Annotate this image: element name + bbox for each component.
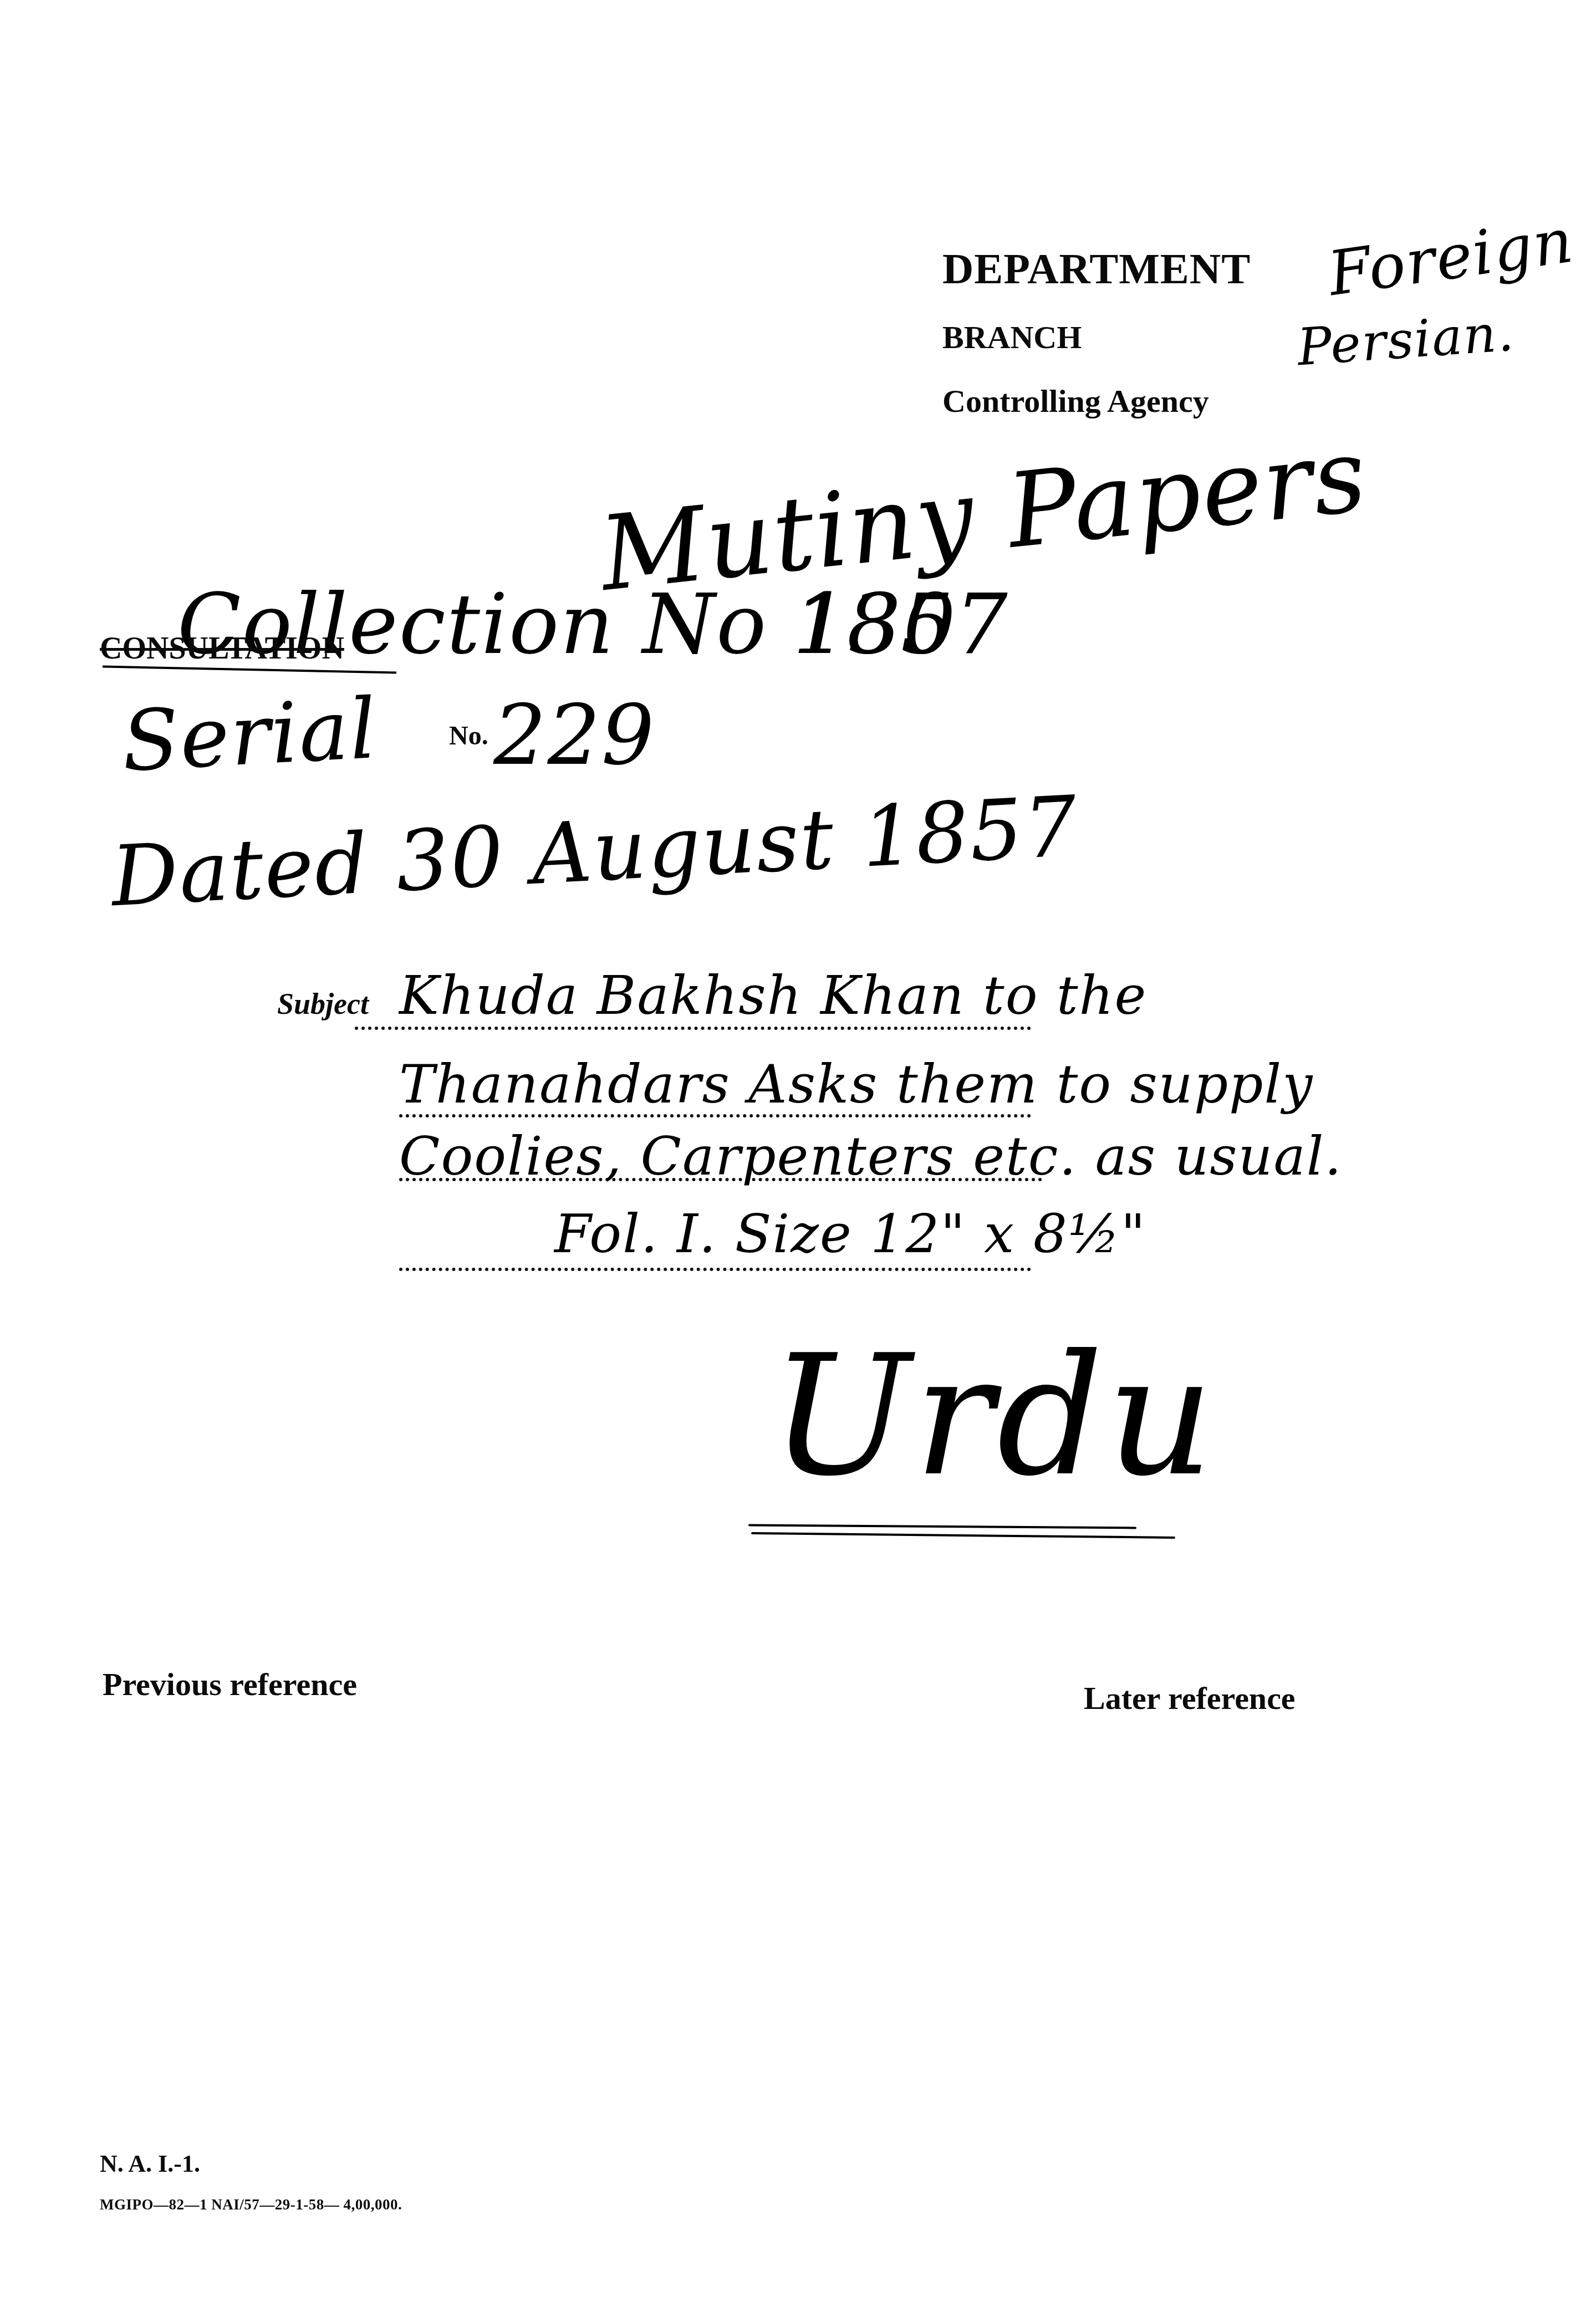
previous-reference-label: Previous reference	[103, 1666, 357, 1703]
language-annotation: Urdu	[771, 1319, 1217, 1513]
language-underline	[748, 1524, 1136, 1529]
dated-line: Dated 30 August 1857	[109, 778, 1080, 925]
department-label: DEPARTMENT	[942, 244, 1251, 294]
subject-label: Subject	[277, 987, 369, 1021]
serial-no-value: 229	[493, 687, 655, 784]
serial-no-label: No.	[449, 721, 488, 751]
subject-dotted-rule	[399, 1268, 1031, 1271]
subject-line: Coolies, Carpenters etc. as usual.	[399, 1125, 1343, 1187]
serial-word: Serial	[120, 681, 380, 790]
printer-imprint: MGIPO—82—1 NAI/57—29-1-58— 4,00,000.	[100, 2196, 402, 2213]
subject-dotted-rule	[355, 1027, 1031, 1030]
controlling-agency-label: Controlling Agency	[942, 382, 1209, 420]
collection-year: 1857	[793, 576, 1009, 673]
department-value: Foreign	[1324, 205, 1578, 310]
subject-line: Thanahdars Asks them to supply	[399, 1053, 1313, 1115]
branch-label: BRANCH	[942, 319, 1082, 356]
subject-line: Fol. I. Size 12" x 8½"	[554, 1203, 1146, 1265]
later-reference-label: Later reference	[1084, 1680, 1296, 1717]
branch-value: Persian.	[1296, 303, 1517, 377]
language-underline	[751, 1532, 1175, 1539]
form-number: N. A. I.-1.	[100, 2150, 200, 2178]
consultation-label-struck: CONSULTATION	[100, 631, 344, 666]
subject-line: Khuda Bakhsh Khan to the	[399, 964, 1147, 1027]
